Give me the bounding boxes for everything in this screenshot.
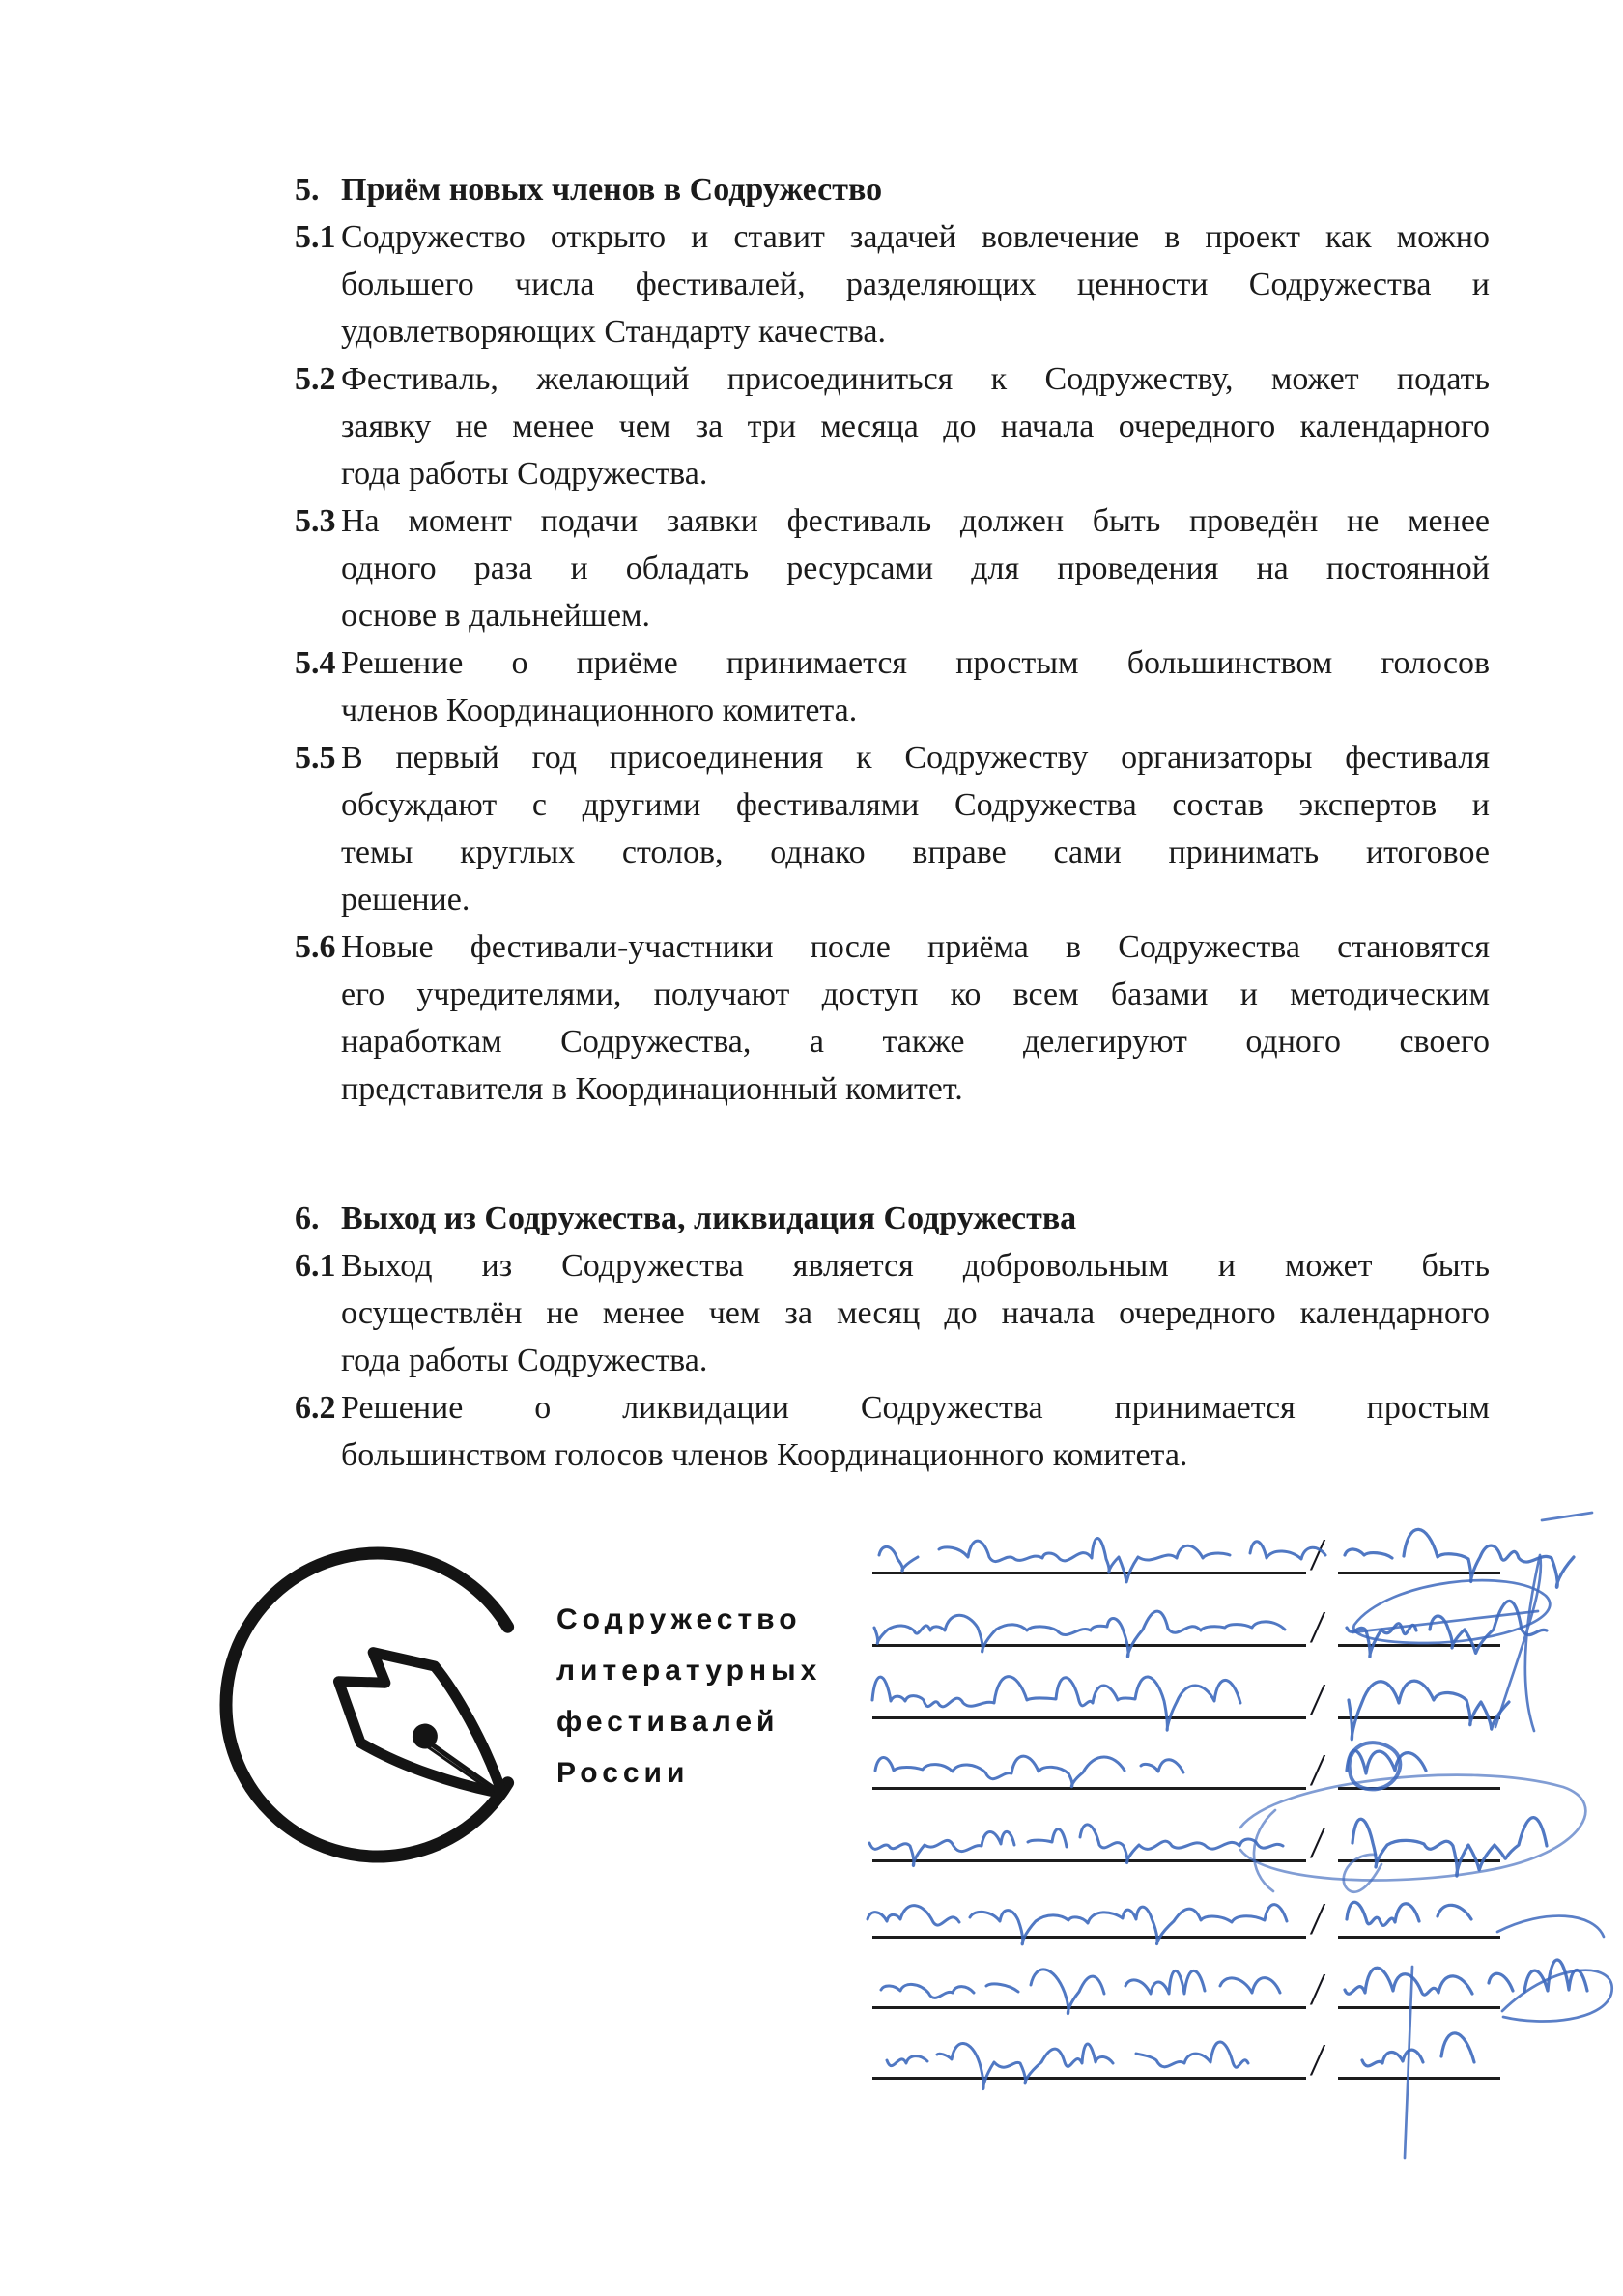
signature-row: / <box>868 1788 1544 1862</box>
clause-line: осуществлён не менее чем за месяц до нач… <box>341 1290 1490 1337</box>
section-number: 6. <box>295 1195 341 1242</box>
clause-number: 5.4 <box>295 639 336 687</box>
clause-line: Решение о ликвидации Содружества принима… <box>341 1384 1490 1431</box>
clause-5.4: 5.4Решение о приёме принимается простым … <box>295 639 1490 734</box>
clause-number: 6.1 <box>295 1242 336 1290</box>
signature-row: / <box>868 1864 1544 1939</box>
clause-line: Новые фестивали-участники после приёма в… <box>341 923 1490 971</box>
logo-text-line: литературных <box>556 1645 821 1696</box>
clause-number: 5.1 <box>295 213 336 261</box>
section-6: 6.Выход из Содружества, ликвидация Содру… <box>295 1195 1490 1479</box>
pen-nib-circle-logo-icon <box>206 1519 554 1886</box>
signature-row: / <box>868 1500 1544 1574</box>
section-heading: 6.Выход из Содружества, ликвидация Содру… <box>295 1195 1490 1242</box>
clause-number: 5.5 <box>295 734 336 781</box>
signature-row: / <box>868 1573 1544 1647</box>
clause-line: решение. <box>341 876 1490 923</box>
handwritten-signature-stroke <box>1542 1513 1592 1520</box>
section-heading: 5.Приём новых членов в Содружество <box>295 166 1490 213</box>
clause-line: темы круглых столов, однако вправе сами … <box>341 829 1490 876</box>
clause-line: года работы Содружества. <box>341 450 1490 497</box>
section-6-items: 6.1Выход из Содружества является доброво… <box>295 1242 1490 1479</box>
logo-text-line: Содружество <box>556 1594 821 1645</box>
logo-text-line: России <box>556 1747 821 1799</box>
clause-line: Решение о приёме принимается простым бол… <box>341 639 1490 687</box>
section-5: 5.Приём новых членов в Содружество 5.1Со… <box>295 166 1490 1113</box>
signature-slash-separator: / <box>1296 1817 1340 1869</box>
signature-row: / <box>868 1935 1544 2009</box>
clause-line: года работы Содружества. <box>341 1337 1490 1384</box>
clause-line: Фестиваль, желающий присоединиться к Сод… <box>341 355 1490 403</box>
clause-line: заявку не менее чем за три месяца до нач… <box>341 403 1490 450</box>
clause-line: удовлетворяющих Стандарту качества. <box>341 308 1490 355</box>
signature-row: / <box>868 1715 1544 1790</box>
signature-name-line <box>872 1859 1306 1862</box>
clause-line: Выход из Содружества является добровольн… <box>341 1242 1490 1290</box>
document-text: 5.Приём новых членов в Содружество 5.1Со… <box>295 166 1490 1479</box>
clause-line: членов Координационного комитета. <box>341 687 1490 734</box>
clause-5.1: 5.1Содружество открыто и ставит задачей … <box>295 213 1490 355</box>
signature-sign-line <box>1338 2077 1500 2080</box>
clause-line: На момент подачи заявки фестиваль должен… <box>341 497 1490 545</box>
clause-6.2: 6.2Решение о ликвидации Содружества прин… <box>295 1384 1490 1479</box>
clause-line: его учредителями, получают доступ ко все… <box>341 971 1490 1018</box>
clause-line: обсуждают с другими фестивалями Содружес… <box>341 781 1490 829</box>
clause-line: В первый год присоединения к Содружеству… <box>341 734 1490 781</box>
logo-text-line: фестивалей <box>556 1696 821 1747</box>
section-title: Выход из Содружества, ликвидация Содруже… <box>341 1201 1076 1236</box>
clause-5.6: 5.6Новые фестивали-участники после приём… <box>295 923 1490 1113</box>
clause-number: 5.6 <box>295 923 336 971</box>
clause-number: 5.3 <box>295 497 336 545</box>
clause-number: 5.2 <box>295 355 336 403</box>
clause-line: основе в дальнейшем. <box>341 592 1490 639</box>
clause-6.1: 6.1Выход из Содружества является доброво… <box>295 1242 1490 1384</box>
clause-5.3: 5.3На момент подачи заявки фестиваль дол… <box>295 497 1490 639</box>
clause-number: 6.2 <box>295 1384 336 1431</box>
signature-row: / <box>868 2005 1544 2080</box>
clause-line: одного раза и обладать ресурсами для про… <box>341 545 1490 592</box>
scanned-document-page: 5.Приём новых членов в Содружество 5.1Со… <box>0 0 1623 2296</box>
logo-text: СодружестволитературныхфестивалейРоссии <box>556 1594 821 1799</box>
signature-name-line <box>872 2077 1306 2080</box>
clause-line: представителя в Координационный комитет. <box>341 1065 1490 1113</box>
signature-slash-separator: / <box>1296 2034 1340 2086</box>
clause-5.2: 5.2Фестиваль, желающий присоединиться к … <box>295 355 1490 497</box>
section-5-items: 5.1Содружество открыто и ставит задачей … <box>295 213 1490 1113</box>
signature-sign-line <box>1338 1859 1500 1862</box>
clause-line: наработкам Содружества, а также делегиру… <box>341 1018 1490 1065</box>
section-number: 5. <box>295 166 341 213</box>
clause-line: Содружество открыто и ставит задачей вов… <box>341 213 1490 261</box>
section-title: Приём новых членов в Содружество <box>341 172 882 208</box>
signature-row: / <box>868 1645 1544 1719</box>
clause-line: большего числа фестивалей, разделяющих ц… <box>341 261 1490 308</box>
clause-5.5: 5.5В первый год присоединения к Содружес… <box>295 734 1490 923</box>
clause-line: большинством голосов членов Координацион… <box>341 1431 1490 1479</box>
